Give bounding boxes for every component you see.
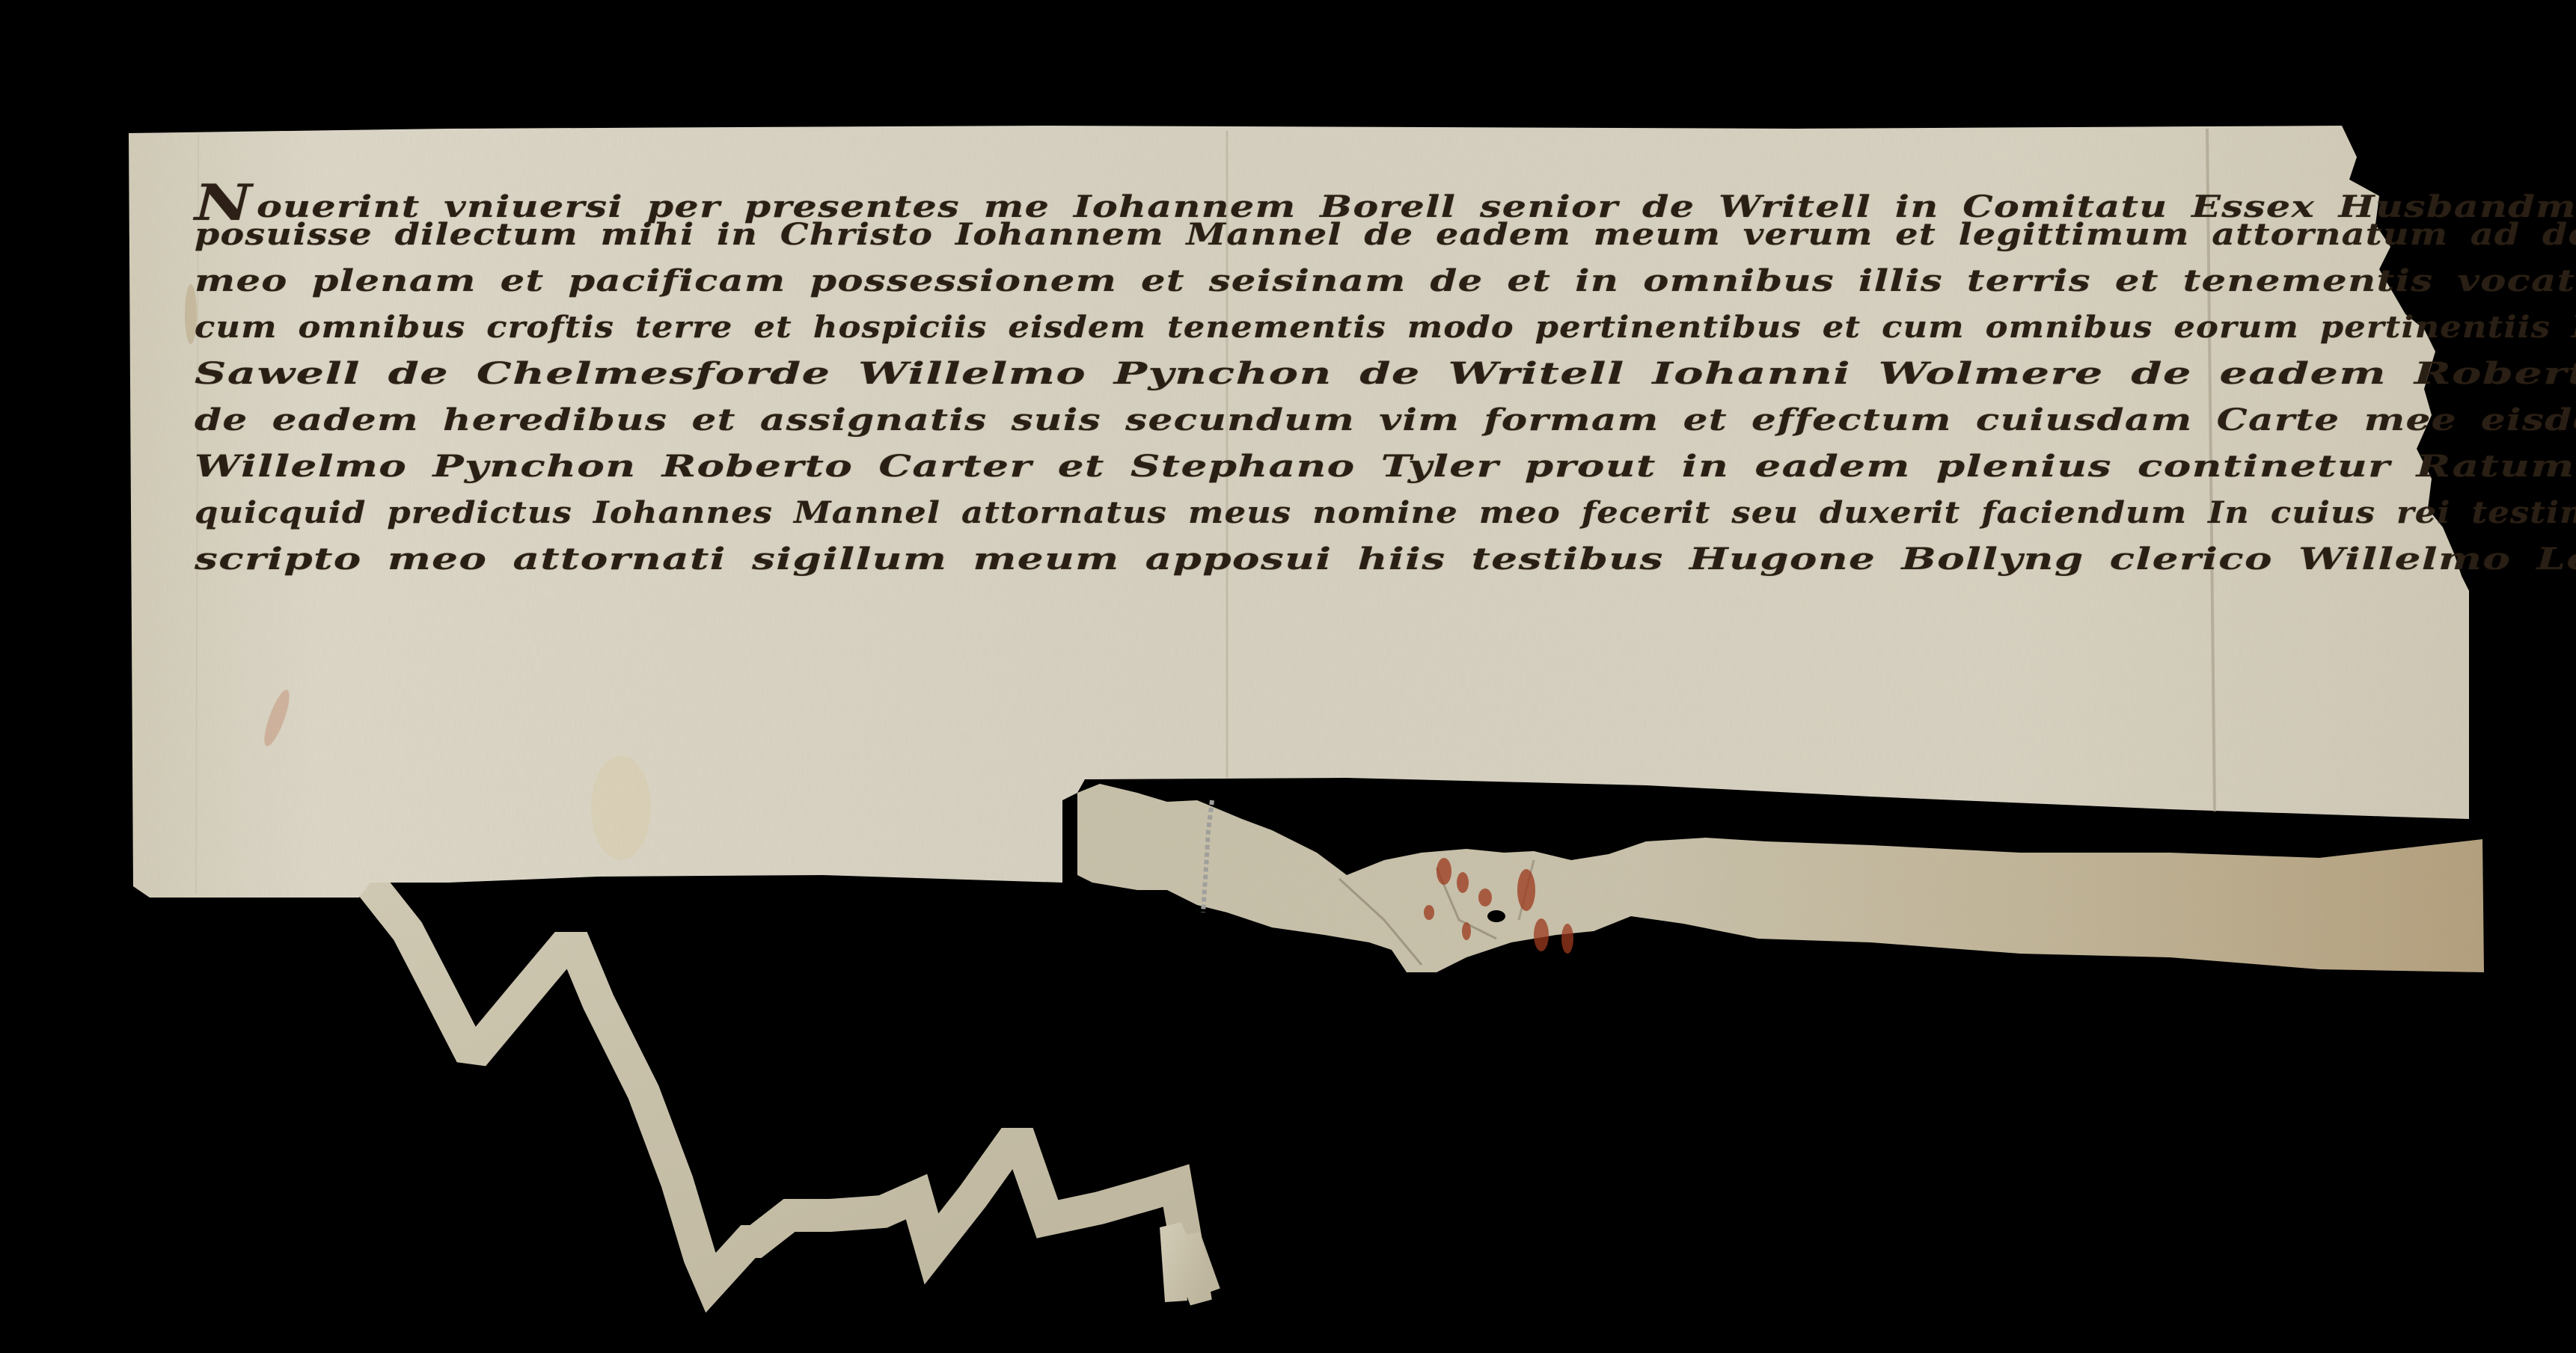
text-line-5: Sawell de Chelmesforde Willelmo Pynchon … <box>195 356 2576 391</box>
text-line-9: scripto meo attornati sigillum meum appo… <box>195 541 2576 577</box>
text-line-3: meo plenam et pacificam possessionem et … <box>195 263 2576 298</box>
text-line-8: quicquid predictus Iohannes Mannel attor… <box>195 495 2576 530</box>
text-line-6: de eadem heredibus et assignatis suis se… <box>195 402 2576 438</box>
text-line-2: posuisse dilectum mihi in Christo Iohann… <box>195 217 2576 252</box>
document-viewer: Nouerint vniuersi per presentes me Iohan… <box>0 0 2576 1353</box>
text-line-4: cum omnibus croftis terre et hospiciis e… <box>195 310 2576 345</box>
text-line-7: Willelmo Pynchon Roberto Carter et Steph… <box>195 449 2576 484</box>
parchment-tie-ribbon <box>368 881 1205 1301</box>
